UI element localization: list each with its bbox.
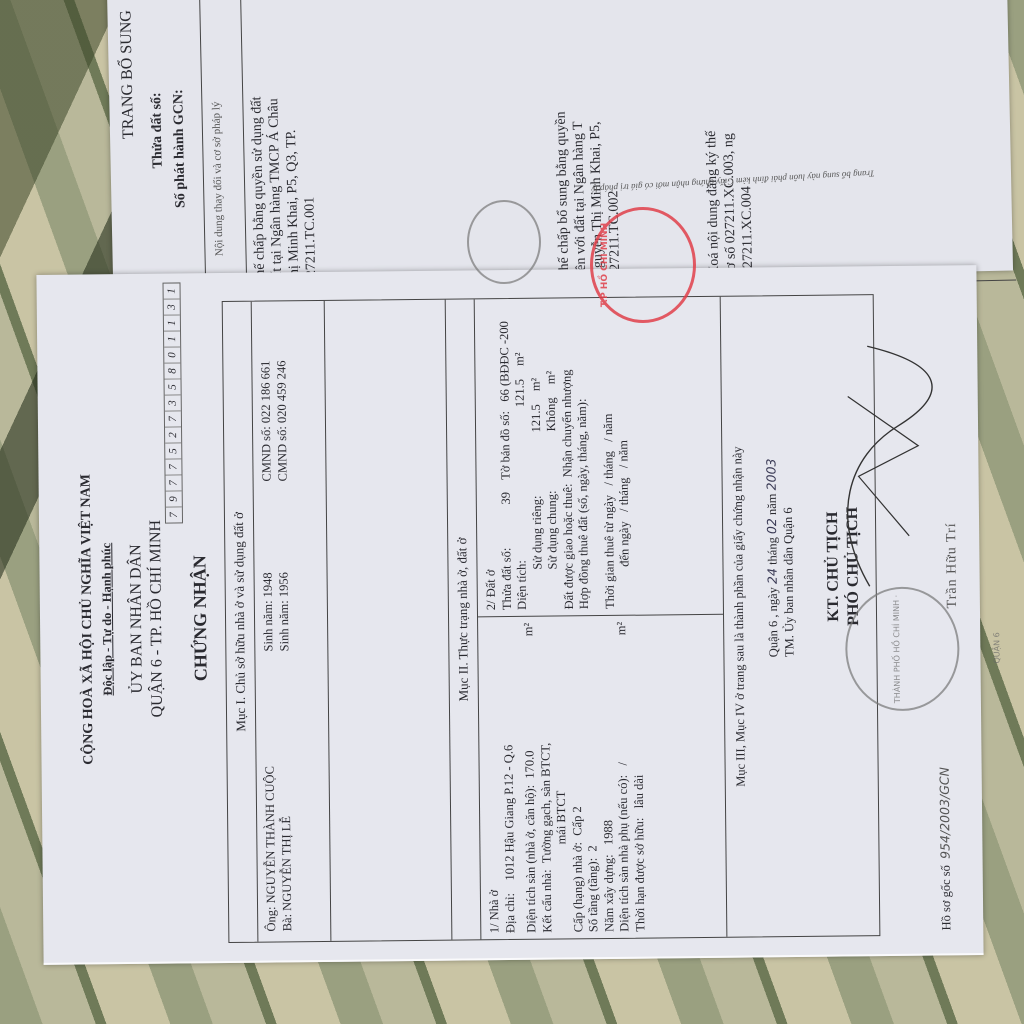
- small-grey-stamp: [467, 200, 541, 284]
- grey-seal-stamp: THÀNH PHỐ HỒ CHÍ MINH · QUẬN 6: [845, 586, 960, 711]
- serial-digit: 7: [165, 458, 181, 474]
- republic-heading: CỘNG HOÀ XÃ HỘI CHỦ NGHĨA VIỆT NAM: [76, 274, 99, 964]
- supplement-entry-1: Thế chấp bằng quyền sử dụng đất đất tại …: [248, 95, 320, 285]
- signature-date: Quận 6 , ngày 24 tháng 02 năm 2003: [763, 458, 781, 657]
- supplement-title: TRANG BỔ SUNG: [117, 10, 138, 139]
- land-block: 2/ Đất ở Thửa đất số: 39 Tờ bản đồ số: 6…: [475, 297, 723, 617]
- serial-digit: 5: [165, 378, 181, 394]
- supplement-gcn-label: Số phát hành GCN:: [171, 89, 189, 208]
- serial-digit: 1: [164, 314, 180, 330]
- house-block: 1/ Nhà ở Địa chỉ: 1012 Hậu Giang P.12 - …: [478, 614, 726, 940]
- section-2-body: 1/ Nhà ở Địa chỉ: 1012 Hậu Giang P.12 - …: [475, 297, 728, 940]
- serial-digit: 1: [164, 283, 180, 298]
- serial-digit: 1: [164, 330, 180, 346]
- certificate-title: CHỨNG NHẬN: [187, 333, 214, 903]
- supplement-page: TRANG BỔ SUNG Thửa đất số: Số phát hành …: [107, 0, 1013, 289]
- signature-on-behalf: TM. Ủy ban nhân dân Quận 6: [781, 507, 798, 657]
- certificate-content: CỘNG HOÀ XÃ HỘI CHỦ NGHĨA VIỆT NAM Độc l…: [36, 265, 983, 965]
- record-number: Hồ sơ gốc số 954/2003/GCN: [937, 767, 955, 931]
- signature-scribble: [807, 335, 960, 597]
- motto: Độc lập - Tự do - Hạnh phúc: [96, 274, 118, 964]
- section-1-owners: Ông: NGUYỄN THÀNH CUỘC Sinh năm: 1948 CM…: [252, 301, 332, 942]
- section-3-note: Mục III, Mục IV ở trang sau là thành phầ…: [721, 296, 759, 936]
- serial-digit: 3: [165, 394, 181, 410]
- certificate-page: CỘNG HOÀ XÃ HỘI CHỦ NGHĨA VIỆT NAM Độc l…: [36, 265, 983, 965]
- serial-digit: 7: [165, 410, 181, 426]
- serial-digit: 2: [165, 426, 181, 442]
- supplement-entry-3: Xoá nội dung đăng ký thế sơ số 027211.XC…: [703, 130, 757, 276]
- supplement-content: TRANG BỔ SUNG Thửa đất số: Số phát hành …: [107, 0, 1013, 289]
- serial-digit: 3: [164, 298, 180, 314]
- serial-digit: 7: [166, 474, 182, 490]
- supplement-column-header: Nội dung thay đổi và cơ sở pháp lý: [210, 101, 225, 256]
- serial-number: 797752735801131: [163, 282, 184, 523]
- serial-digit: 5: [165, 442, 181, 458]
- red-seal-stamp: T.P HỒ CHÍ MINH: [590, 207, 696, 323]
- serial-digit: 7: [166, 506, 182, 522]
- serial-digit: 0: [164, 346, 180, 362]
- serial-digit: 8: [164, 362, 180, 378]
- serial-digit: 9: [166, 490, 182, 506]
- supplement-parcel-label: Thửa đất số:: [149, 92, 167, 168]
